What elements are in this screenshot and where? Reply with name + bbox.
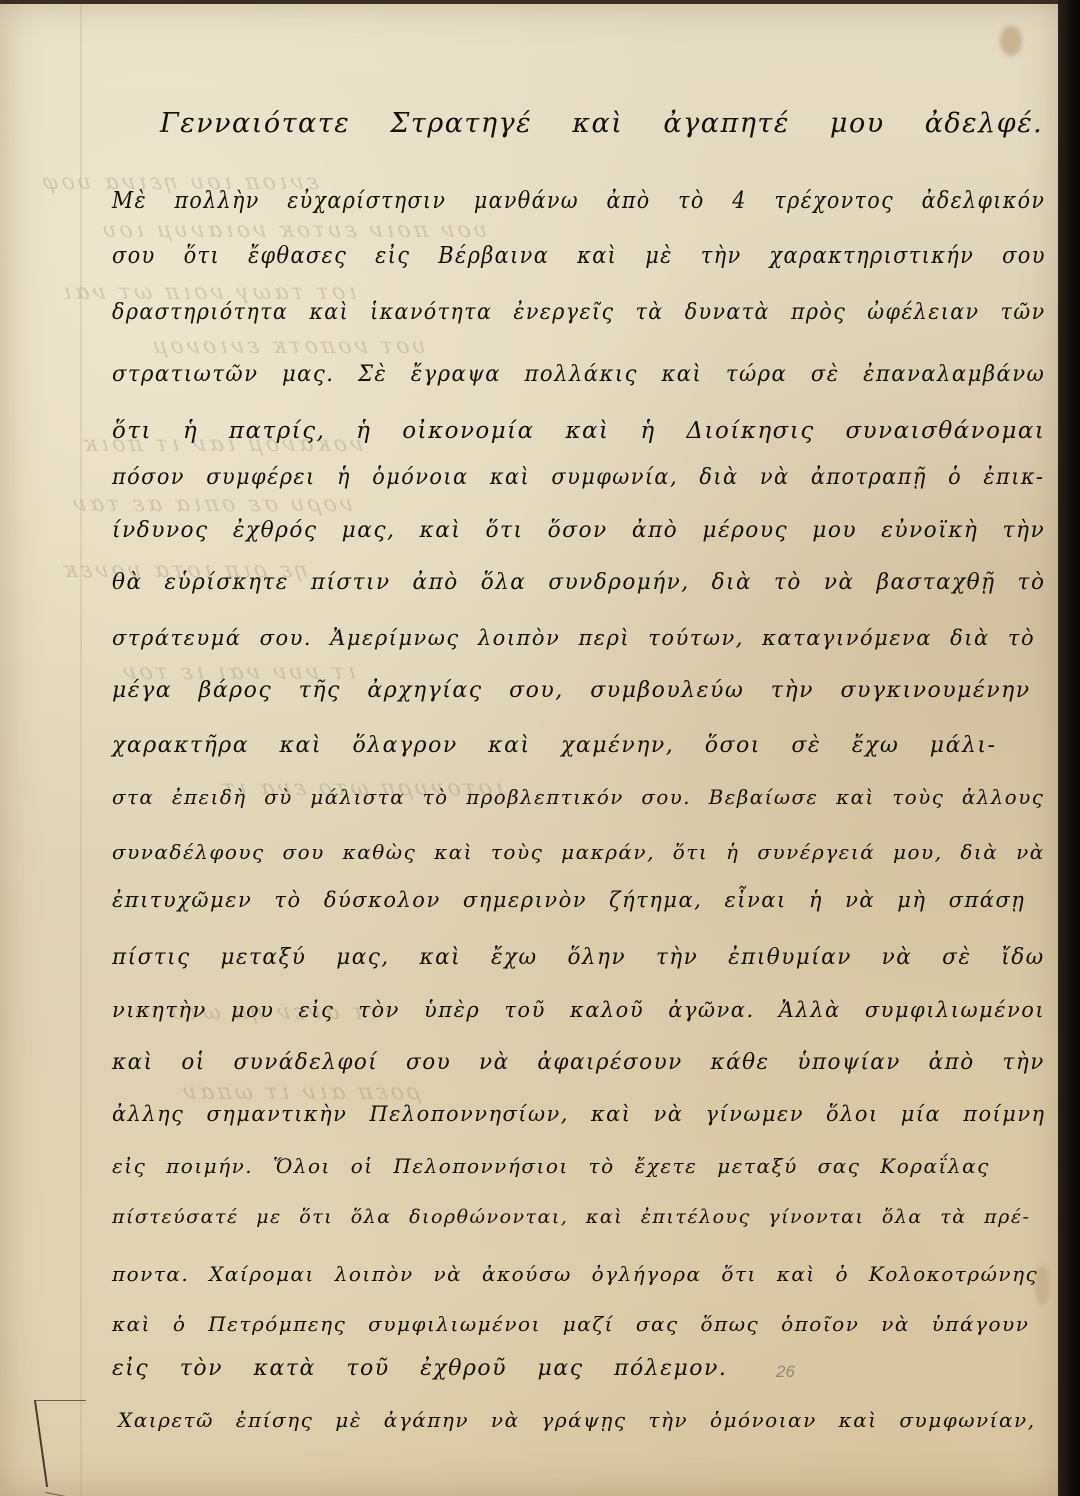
letter-line: εἰς ποιμήν. Ὅλοι οἱ Πελοποννήσιοι τὸ ἔχε…: [112, 1154, 990, 1178]
bleed-through-text: νορυ σε οπια αε ταν: [68, 492, 354, 517]
letter-line: θὰ εὑρίσκητε πίστιν ἀπὸ ὅλα συνδρομήν, δ…: [112, 570, 1045, 595]
letter-line: πίστεύσατέ με ὅτι ὅλα διορθώνονται, καὶ …: [112, 1206, 1030, 1228]
salutation: Γενναιότατε Στρατηγέ καὶ ἀγαπητέ μου ἀδε…: [160, 108, 1043, 139]
letter-line: ὅτι ἡ πατρίς, ἡ οἰκονομία καὶ ἡ Διοίκησι…: [112, 418, 1045, 444]
letter-line: ποντα. Χαίρομαι λοιπὸν νὰ ἀκούσω ὀγλήγορ…: [112, 1262, 1038, 1286]
letter-line: καὶ οἱ συνάδελφοί σου νὰ ἀφαιρέσουν κάθε…: [112, 1050, 1045, 1075]
folio-number: 26: [776, 1362, 795, 1382]
margin-bracket-mark: [34, 1400, 98, 1487]
bleed-through-text: υοτ νοποτκ ενιονομ: [148, 334, 427, 359]
letter-line: συναδέλφους σου καθὼς καὶ τοὺς μακράν, ὅ…: [112, 840, 1045, 864]
bleed-through-text: υον ποιν ευτοκ νοιανυμ ιου: [98, 218, 489, 243]
ink-stain: [1000, 26, 1022, 56]
letter-line: στρατιωτῶν μας. Σὲ ἔγραψα πολλάκις καὶ τ…: [112, 362, 1045, 387]
letter-line: Μὲ πολλὴν εὐχαρίστησιν μανθάνω ἀπὸ τὸ 4 …: [112, 188, 1045, 214]
letter-line: χαρακτῆρα καὶ ὅλαγρον καὶ χαμένην, ὅσοι …: [112, 733, 996, 758]
letter-line: μέγα βάρος τῆς ἀρχηγίας σου, συμβουλεύω …: [112, 678, 1031, 703]
letter-line: Χαιρετῶ ἐπίσης μὲ ἀγάπην νὰ γράψῃς τὴν ὁ…: [118, 1408, 1036, 1432]
scan-top-edge: [0, 0, 1080, 4]
letter-line: πίστις μεταξύ μας, καὶ ἔχω ὅλην τὴν ἐπιθ…: [112, 945, 1045, 970]
letter-line: ίνδυνος ἐχθρός μας, καὶ ὅτι ὅσον ἀπὸ μέρ…: [112, 518, 1045, 543]
letter-line: καὶ ὁ Πετρόμπεης συμφιλιωμένοι μαζί σας …: [112, 1312, 1029, 1336]
letter-line: νικητὴν μου εἰς τὸν ὑπὲρ τοῦ καλοῦ ἀγῶνα…: [112, 998, 1045, 1022]
letter-line: στράτευμά σου. Ἀμερίμνως λοιπὸν περὶ τού…: [112, 626, 1035, 650]
letter-line: σου ὅτι ἔφθασες εἰς Βέρβαινα καὶ μὲ τὴν …: [112, 243, 1046, 269]
letter-line: εἰς τὸν κατὰ τοῦ ἐχθροῦ μας πόλεμον.: [112, 1356, 727, 1381]
letter-line: ἀλλης σημαντικὴν Πελοποννησίων, καὶ νὰ γ…: [112, 1102, 1046, 1126]
letter-line: στα ἐπειδὴ σὺ μάλιστα τὸ προβλεπτικόν σο…: [112, 785, 1044, 809]
paper-fold-line: [80, 0, 82, 1496]
letter-line: ἐπιτυχῶμεν τὸ δύσκολον σημερινὸν ζήτημα,…: [112, 888, 1025, 912]
manuscript-page: ενιοπ ιου ηεινα υοφ υον ποιν ευτοκ νοιαν…: [0, 0, 1064, 1496]
letter-line: πόσον συμφέρει ἡ ὁμόνοια καὶ συμφωνία, δ…: [112, 465, 1044, 490]
scan-background-edge: [1058, 0, 1080, 1496]
letter-line: δραστηριότητα καὶ ἱκανότητα ἐνεργεῖς τὰ …: [112, 300, 1046, 325]
